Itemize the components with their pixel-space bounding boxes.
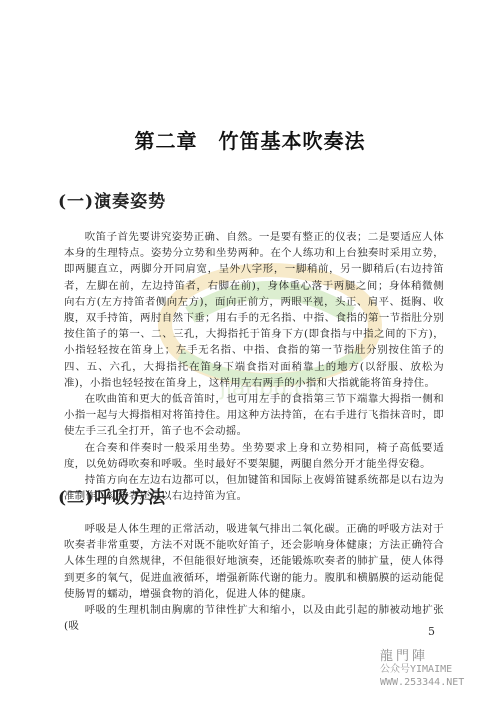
section-body-breathing-method: 呼吸是人体生理的正常活动，吸进氧气排出二氧化碳。正确的呼吸方法对于吹奏者非常重要…	[64, 521, 444, 634]
watermark-logo-text: 龍門陣	[380, 650, 500, 663]
paragraph: 吹笛子首先要讲究姿势正确、自然。一是要有整正的仪表；二是要适应人体本身的生理特点…	[64, 229, 444, 391]
paragraph: 呼吸的生理机制由胸廓的节律性扩大和缩小，以及由此引起的肺被动地扩张(吸	[64, 602, 444, 634]
watermark-line-1: 公众号YIMAIME	[380, 663, 500, 676]
paragraph: 在合奏和伴奏时一般采用坐势。坐势要求上身和立势相同，椅子高低要适度，以免妨碍吹奏…	[64, 440, 444, 472]
section-body-performance-posture: 吹笛子首先要讲究姿势正确、自然。一是要有整正的仪表；二是要适应人体本身的生理特点…	[64, 229, 444, 504]
section-title-breathing-method: (二)呼吸方法	[58, 483, 166, 508]
page-number: 5	[428, 625, 435, 638]
paragraph: 呼吸是人体生理的正常活动，吸进氧气排出二氧化碳。正确的呼吸方法对于吹奏者非常重要…	[64, 521, 444, 602]
section-title-performance-posture: (一)演奏姿势	[58, 187, 166, 212]
paragraph: 在吹曲笛和更大的低音笛时，也可用左手的食指第三节下端靠大拇指一侧和小指一起与大拇…	[64, 391, 444, 440]
document-page: jianpu.cn 第二章 竹笛基本吹奏法 (一)演奏姿势 吹笛子首先要讲究姿势…	[0, 0, 500, 707]
corner-watermark: 龍門陣 公众号YIMAIME WWW.253344.NET	[380, 650, 500, 689]
chapter-title: 第二章 竹笛基本吹奏法	[0, 125, 500, 154]
watermark-line-2: WWW.253344.NET	[380, 676, 500, 689]
